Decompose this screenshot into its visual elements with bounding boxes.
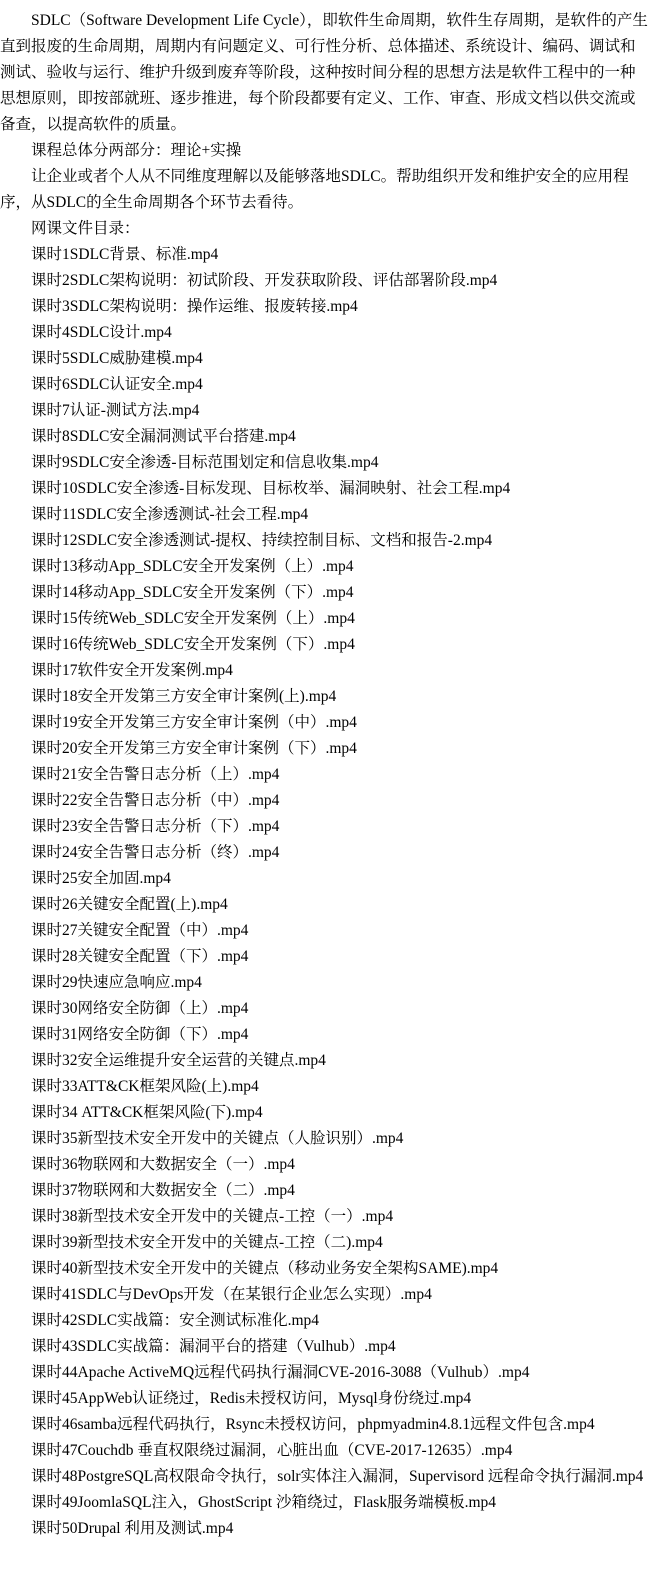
course-list-item: 课时8SDLC安全漏洞测试平台搭建.mp4 bbox=[0, 424, 650, 450]
course-list-item: 课时46samba远程代码执行，Rsync未授权访问，phpmyadmin4.8… bbox=[0, 1412, 650, 1438]
course-list-item: 课时28关键安全配置（下）.mp4 bbox=[0, 944, 650, 970]
course-list-item: 课时4SDLC设计.mp4 bbox=[0, 320, 650, 346]
course-list-item: 课时15传统Web_SDLC安全开发案例（上）.mp4 bbox=[0, 606, 650, 632]
course-list-item: 课时31网络安全防御（下）.mp4 bbox=[0, 1022, 650, 1048]
course-list-item: 课时1SDLC背景、标准.mp4 bbox=[0, 242, 650, 268]
course-list-item: 课时5SDLC威胁建模.mp4 bbox=[0, 346, 650, 372]
course-list-item: 课时6SDLC认证安全.mp4 bbox=[0, 372, 650, 398]
course-list-item: 课时7认证-测试方法.mp4 bbox=[0, 398, 650, 424]
document-body: SDLC（Software Development Life Cycle），即软… bbox=[0, 8, 650, 1542]
intro-paragraph: 让企业或者个人从不同维度理解以及能够落地SDLC。帮助组织开发和维护安全的应用程… bbox=[0, 164, 650, 216]
course-list-item: 课时30网络安全防御（上）.mp4 bbox=[0, 996, 650, 1022]
course-list-item: 课时34 ATT&CK框架风险(下).mp4 bbox=[0, 1100, 650, 1126]
course-list-item: 课时10SDLC安全渗透-目标发现、目标枚举、漏洞映射、社会工程.mp4 bbox=[0, 476, 650, 502]
course-list-item: 课时37物联网和大数据安全（二）.mp4 bbox=[0, 1178, 650, 1204]
course-list-item: 课时9SDLC安全渗透-目标范围划定和信息收集.mp4 bbox=[0, 450, 650, 476]
course-list-item: 课时44Apache ActiveMQ远程代码执行漏洞CVE-2016-3088… bbox=[0, 1360, 650, 1386]
course-list-item: 课时27关键安全配置（中）.mp4 bbox=[0, 918, 650, 944]
course-list-item: 课时18安全开发第三方安全审计案例(上).mp4 bbox=[0, 684, 650, 710]
course-list-item: 课时2SDLC架构说明：初试阶段、开发获取阶段、评估部署阶段.mp4 bbox=[0, 268, 650, 294]
course-list-item: 课时17软件安全开发案例.mp4 bbox=[0, 658, 650, 684]
course-list-item: 课时20安全开发第三方安全审计案例（下）.mp4 bbox=[0, 736, 650, 762]
course-list-item: 课时36物联网和大数据安全（一）.mp4 bbox=[0, 1152, 650, 1178]
course-list-item: 课时41SDLC与DevOps开发（在某银行企业怎么实现）.mp4 bbox=[0, 1282, 650, 1308]
course-list-item: 课时39新型技术安全开发中的关键点-工控（二).mp4 bbox=[0, 1230, 650, 1256]
course-list: 课时1SDLC背景、标准.mp4 课时2SDLC架构说明：初试阶段、开发获取阶段… bbox=[0, 242, 650, 1542]
course-list-item: 课时3SDLC架构说明：操作运维、报废转接.mp4 bbox=[0, 294, 650, 320]
course-list-item: 课时50Drupal 利用及测试.mp4 bbox=[0, 1516, 650, 1542]
course-list-item: 课时48PostgreSQL高权限命令执行，solr实体注入漏洞，Supervi… bbox=[0, 1464, 650, 1490]
course-list-item: 课时22安全告警日志分析（中）.mp4 bbox=[0, 788, 650, 814]
course-list-item: 课时45AppWeb认证绕过，Redis未授权访问，Mysql身份绕过.mp4 bbox=[0, 1386, 650, 1412]
course-list-item: 课时11SDLC安全渗透测试-社会工程.mp4 bbox=[0, 502, 650, 528]
course-list-item: 课时38新型技术安全开发中的关键点-工控（一）.mp4 bbox=[0, 1204, 650, 1230]
intro-paragraph: 课程总体分两部分：理论+实操 bbox=[0, 138, 650, 164]
course-list-item: 课时24安全告警日志分析（终）.mp4 bbox=[0, 840, 650, 866]
course-list-item: 课时25安全加固.mp4 bbox=[0, 866, 650, 892]
course-list-item: 课时40新型技术安全开发中的关键点（移动业务安全架构SAME).mp4 bbox=[0, 1256, 650, 1282]
course-list-item: 课时23安全告警日志分析（下）.mp4 bbox=[0, 814, 650, 840]
catalog-heading: 网课文件目录： bbox=[0, 216, 650, 242]
course-list-item: 课时35新型技术安全开发中的关键点（人脸识别）.mp4 bbox=[0, 1126, 650, 1152]
course-list-item: 课时32安全运维提升安全运营的关键点.mp4 bbox=[0, 1048, 650, 1074]
course-list-item: 课时47Couchdb 垂直权限绕过漏洞，心脏出血（CVE-2017-12635… bbox=[0, 1438, 650, 1464]
course-list-item: 课时29快速应急响应.mp4 bbox=[0, 970, 650, 996]
intro-paragraph: SDLC（Software Development Life Cycle），即软… bbox=[0, 8, 650, 138]
course-list-item: 课时16传统Web_SDLC安全开发案例（下）.mp4 bbox=[0, 632, 650, 658]
course-list-item: 课时49JoomlaSQL注入，GhostScript 沙箱绕过，Flask服务… bbox=[0, 1490, 650, 1516]
course-list-item: 课时33ATT&CK框架风险(上).mp4 bbox=[0, 1074, 650, 1100]
intro-section: SDLC（Software Development Life Cycle），即软… bbox=[0, 8, 650, 216]
course-list-item: 课时13移动App_SDLC安全开发案例（上）.mp4 bbox=[0, 554, 650, 580]
course-list-item: 课时19安全开发第三方安全审计案例（中）.mp4 bbox=[0, 710, 650, 736]
course-list-item: 课时43SDLC实战篇：漏洞平台的搭建（Vulhub）.mp4 bbox=[0, 1334, 650, 1360]
course-list-item: 课时42SDLC实战篇：安全测试标准化.mp4 bbox=[0, 1308, 650, 1334]
course-list-item: 课时21安全告警日志分析（上）.mp4 bbox=[0, 762, 650, 788]
course-list-item: 课时12SDLC安全渗透测试-提权、持续控制目标、文档和报告-2.mp4 bbox=[0, 528, 650, 554]
course-list-item: 课时14移动App_SDLC安全开发案例（下）.mp4 bbox=[0, 580, 650, 606]
course-list-item: 课时26关键安全配置(上).mp4 bbox=[0, 892, 650, 918]
